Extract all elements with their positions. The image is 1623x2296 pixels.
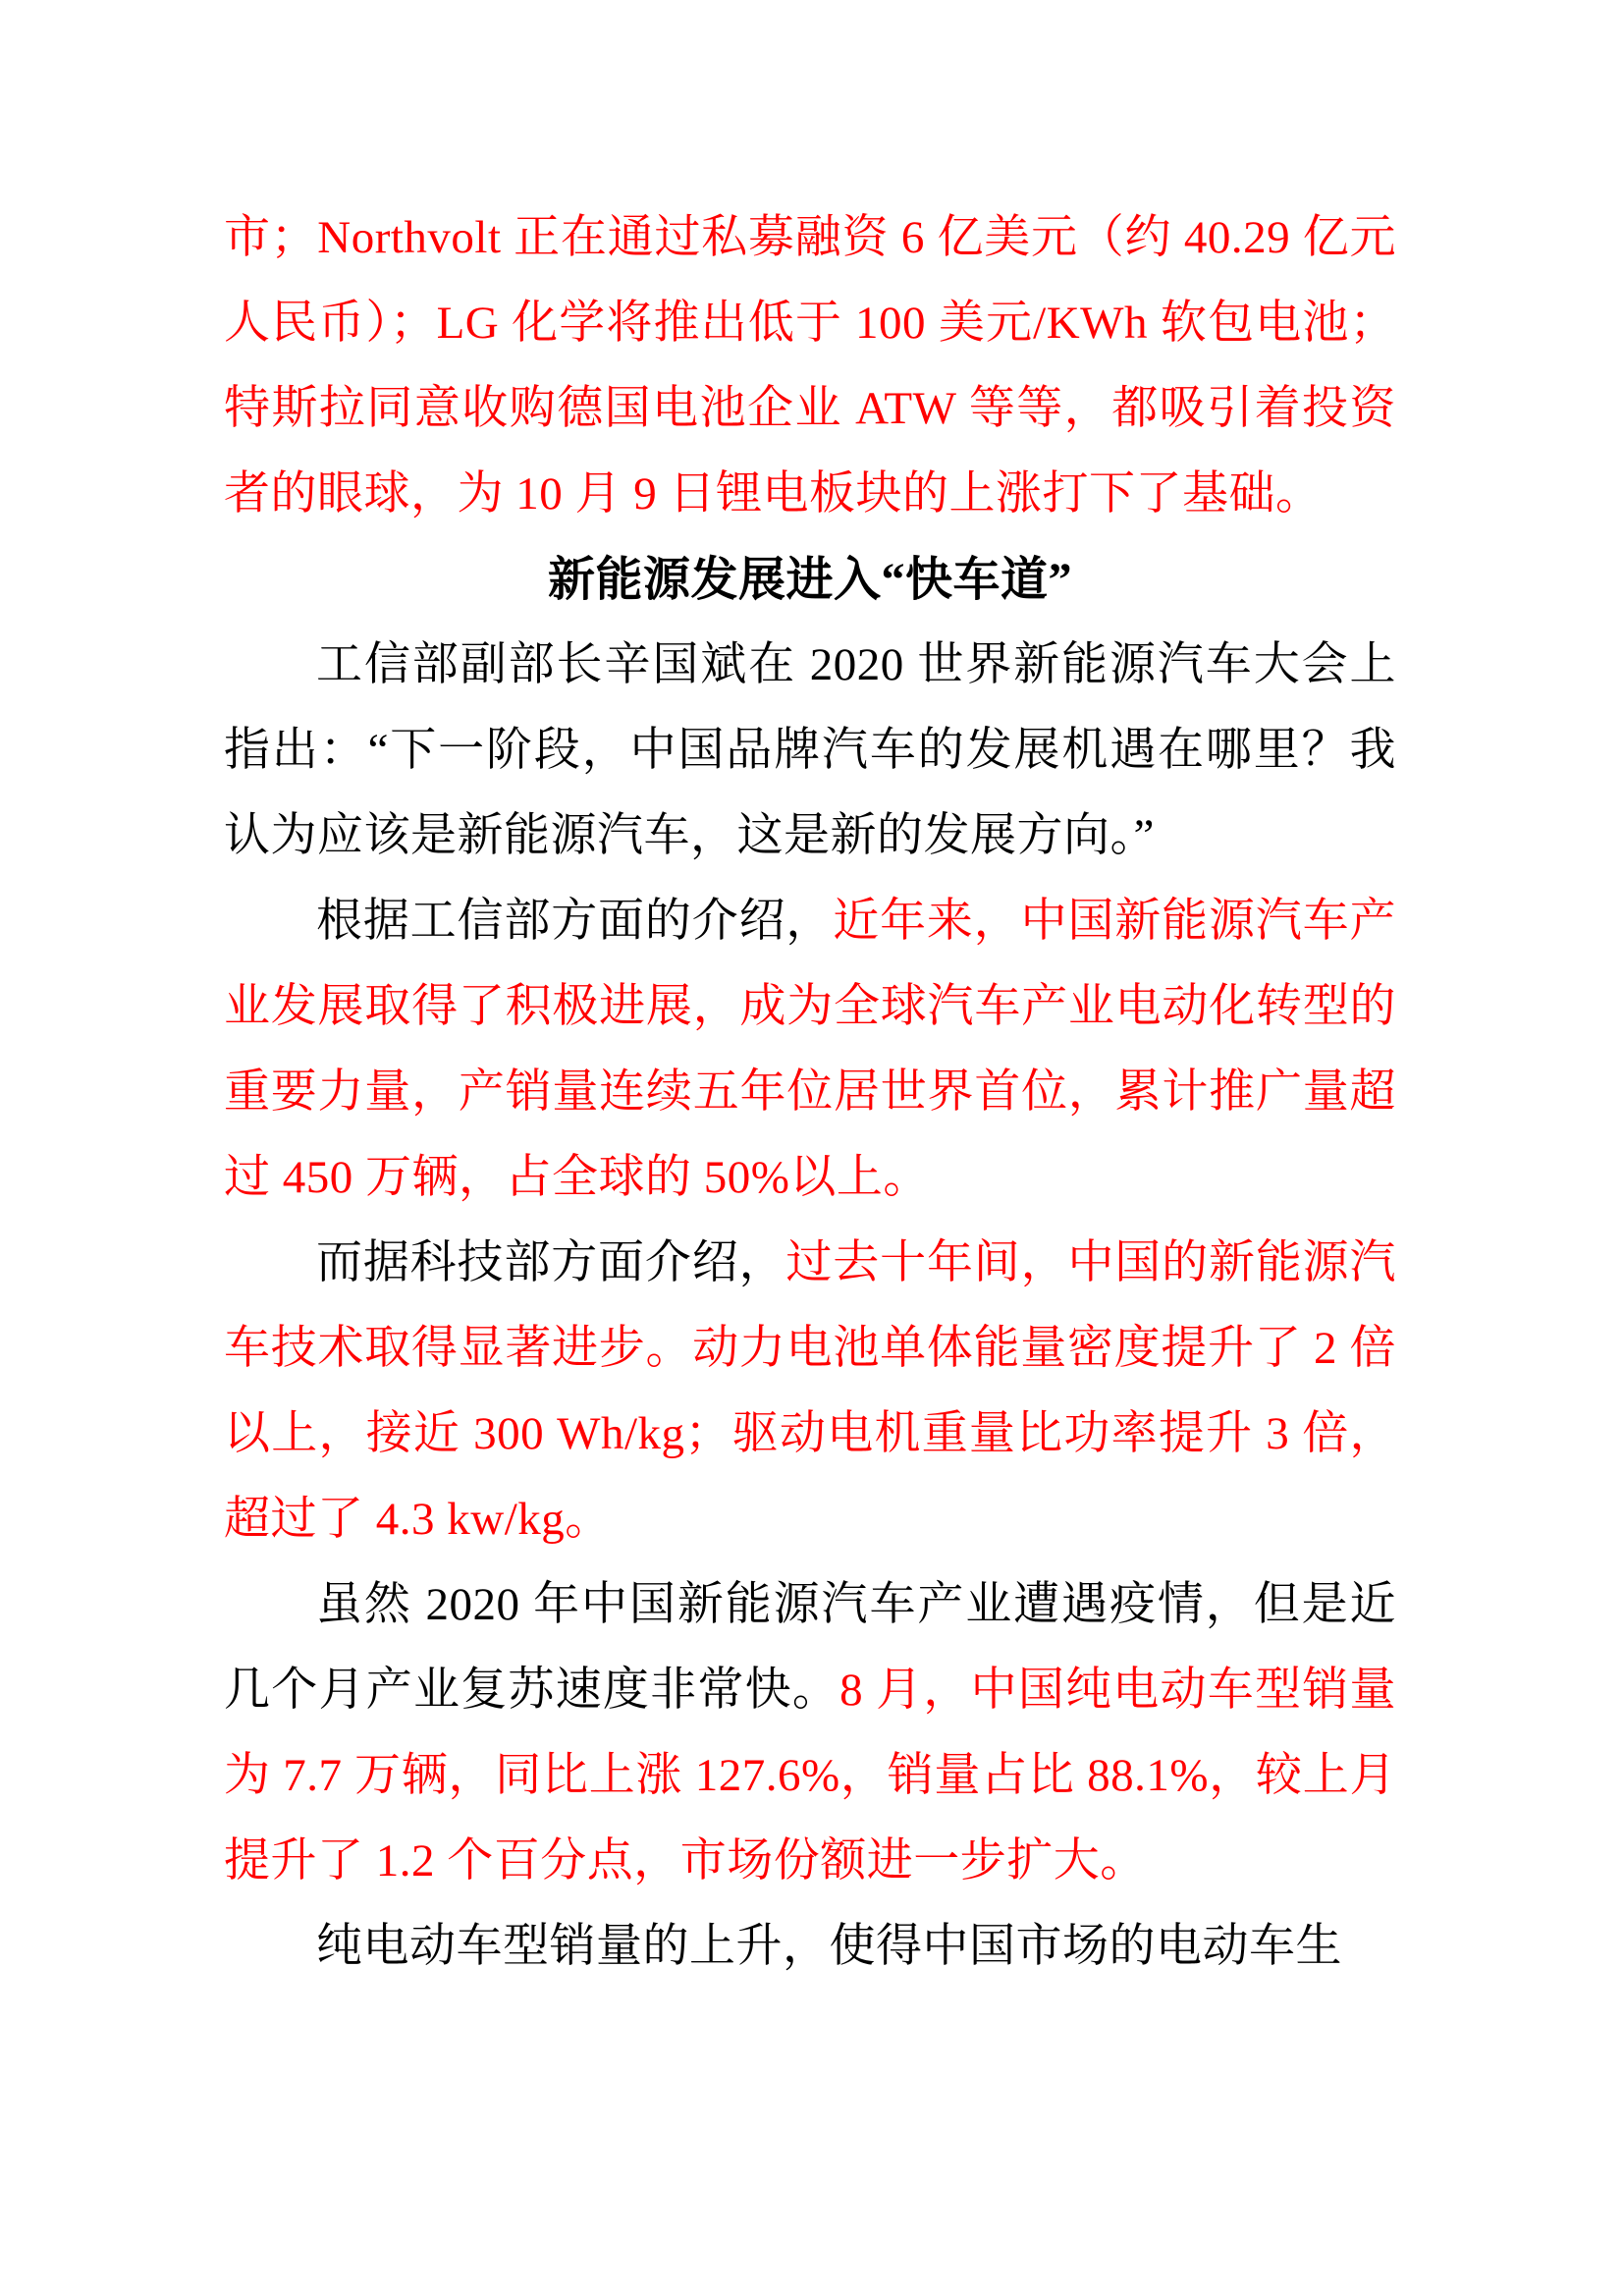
paragraph-lithium-news: 市；Northvolt 正在通过私募融资 6 亿美元（约 40.29 亿元人民币… [224, 195, 1396, 537]
text-run: 而据科技部方面介绍， [316, 1237, 785, 1288]
paragraph-miit-quote: 工信部副部长辛国斌在 2020 世界新能源汽车大会上指出：“下一阶段，中国品牌汽… [224, 623, 1396, 879]
paragraph-most-intro: 而据科技部方面介绍，过去十年间，中国的新能源汽车技术取得显著进步。动力电池单体能… [224, 1221, 1396, 1562]
text-run: 工信部副部长辛国斌在 2020 世界新能源汽车大会上指出：“下一阶段，中国品牌汽… [224, 639, 1396, 861]
document-body: 市；Northvolt 正在通过私募融资 6 亿美元（约 40.29 亿元人民币… [224, 0, 1396, 1990]
paragraph-bev-sales: 纯电动车型销量的上升，使得中国市场的电动车生 [224, 1904, 1396, 1990]
paragraph-miit-intro: 根据工信部方面的介绍，近年来，中国新能源汽车产业发展取得了积极进展，成为全球汽车… [224, 879, 1396, 1221]
paragraph-recovery: 虽然 2020 年中国新能源汽车产业遭遇疫情，但是近几个月产业复苏速度非常快。8… [224, 1562, 1396, 1904]
section-heading: 新能源发展进入“快车道” [224, 537, 1396, 623]
text-run: 市；Northvolt 正在通过私募融资 6 亿美元（约 40.29 亿元人民币… [224, 212, 1396, 519]
text-run: 纯电动车型销量的上升，使得中国市场的电动车生 [316, 1921, 1342, 1972]
text-run: 根据工信部方面的介绍， [316, 896, 833, 947]
